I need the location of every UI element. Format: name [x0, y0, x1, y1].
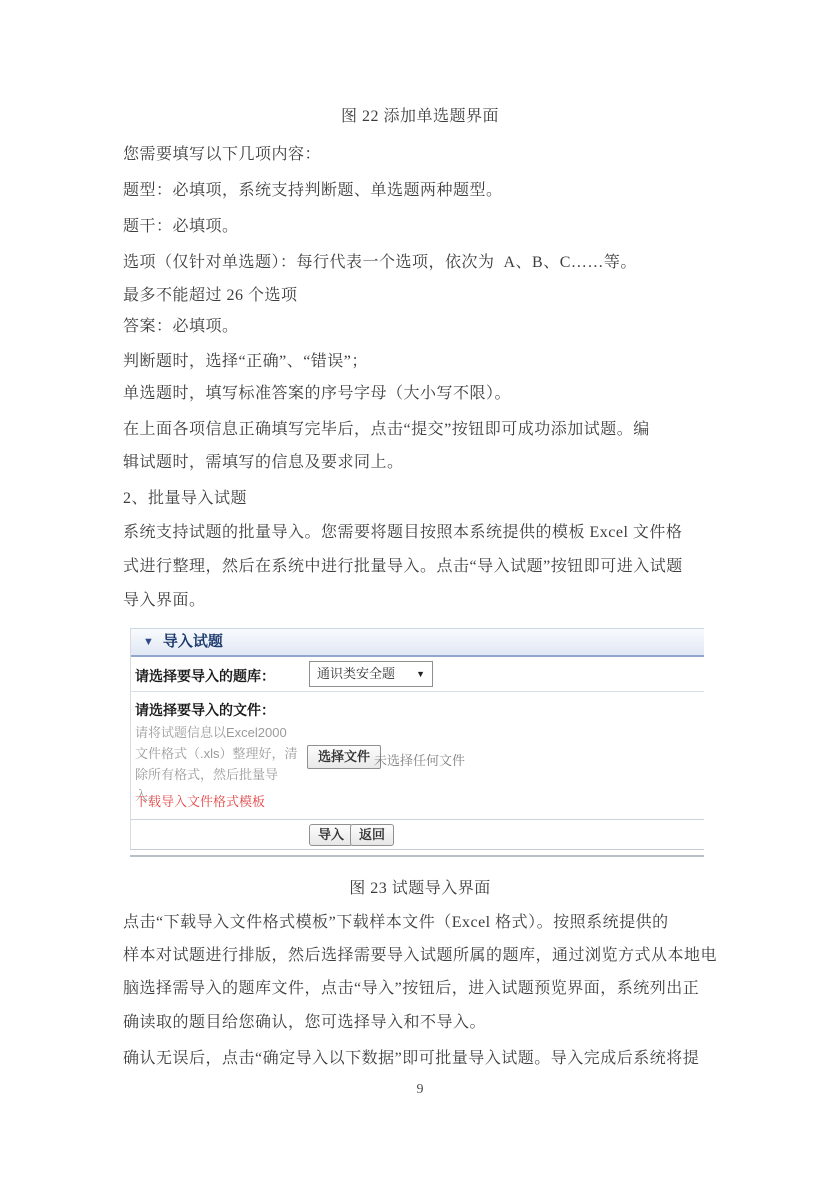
doc-line: 单选题时，填写标准答案的序号字母（大小写不限）。 [123, 383, 511, 405]
file-select-label: 请选择要导入的文件： [135, 700, 275, 720]
import-panel: ▼导入试题 请选择要导入的题库： 通识类安全题 ▼ 请选择要导入的文件： 请将试… [130, 628, 704, 850]
doc-line: 选项（仅针对单选题）：每行代表一个选项，依次为 A、B、C……等。 [123, 252, 637, 274]
file-select-section: 请选择要导入的文件： 请将试题信息以Excel2000 文件格式（.xls）整理… [131, 692, 704, 820]
doc-line: 脑选择需导入的题库文件，点击“导入”按钮后，进入试题预览界面，系统列出正 [123, 978, 699, 1000]
doc-line: 最多不能超过 26 个选项 [123, 285, 298, 307]
file-hint-line: 请将试题信息以Excel2000 [135, 722, 320, 743]
question-bank-select[interactable]: 通识类安全题 ▼ [309, 661, 433, 687]
document-page: 图 22 添加单选题界面 您需要填写以下几项内容： 题型：必填项，系统支持判断题… [0, 0, 840, 1187]
doc-line: 题干：必填项。 [123, 216, 239, 238]
panel-button-row: 导入 返回 [131, 820, 704, 849]
import-questions-screenshot: ▼导入试题 请选择要导入的题库： 通识类安全题 ▼ 请选择要导入的文件： 请将试… [130, 628, 706, 860]
import-panel-title: 导入试题 [163, 633, 223, 650]
question-bank-select-value: 通识类安全题 [317, 666, 395, 681]
question-bank-label: 请选择要导入的题库： [135, 666, 275, 686]
figure-23-caption: 图 23 试题导入界面 [0, 878, 840, 900]
import-button[interactable]: 导入 [309, 824, 353, 846]
doc-line: 辑试题时，需填写的信息及要求同上。 [123, 452, 404, 474]
figure-22-caption: 图 22 添加单选题界面 [0, 106, 840, 128]
doc-line: 式进行整理，然后在系统中进行批量导入。点击“导入试题”按钮即可进入试题 [123, 556, 683, 578]
doc-line: 确认无误后，点击“确定导入以下数据”即可批量导入试题。导入完成后系统将提 [123, 1048, 699, 1070]
doc-line: 题型：必填项，系统支持判断题、单选题两种题型。 [123, 180, 503, 202]
doc-line: 在上面各项信息正确填写完毕后，点击“提交”按钮即可成功添加试题。编 [123, 419, 650, 441]
doc-line: 样本对试题进行排版，然后选择需要导入试题所属的题库，通过浏览方式从本地电 [123, 945, 717, 967]
question-bank-row: 请选择要导入的题库： 通识类安全题 ▼ [131, 657, 704, 692]
doc-line: 系统支持试题的批量导入。您需要将题目按照本系统提供的模板 Excel 文件格 [123, 522, 682, 544]
doc-line: 点击“下载导入文件格式模板”下载样本文件（Excel 格式）。按照系统提供的 [123, 912, 669, 934]
doc-line: 确读取的题目给您确认，您可选择导入和不导入。 [123, 1012, 486, 1034]
file-hint-line: 除所有格式，然后批量导 [135, 764, 320, 785]
doc-section-heading: 2、批量导入试题 [123, 488, 247, 510]
doc-line: 答案：必填项。 [123, 316, 239, 338]
dropdown-arrow-icon: ▼ [416, 662, 425, 686]
choose-file-button[interactable]: 选择文件 [307, 745, 381, 769]
page-number: 9 [0, 1082, 840, 1098]
doc-line: 您需要填写以下几项内容： [123, 144, 321, 166]
doc-line: 判断题时，选择“正确”、“错误”； [123, 351, 368, 373]
screenshot-bottom-edge [130, 855, 704, 857]
import-panel-header[interactable]: ▼导入试题 [131, 628, 704, 657]
file-hint-line: 文件格式（.xls）整理好，清 [135, 743, 320, 764]
no-file-chosen-text: 未选择任何文件 [374, 750, 465, 769]
download-template-link[interactable]: 下载导入文件格式模板 [135, 791, 265, 810]
collapse-triangle-icon: ▼ [143, 629, 154, 655]
doc-line: 导入界面。 [123, 590, 206, 612]
back-button[interactable]: 返回 [350, 824, 394, 846]
